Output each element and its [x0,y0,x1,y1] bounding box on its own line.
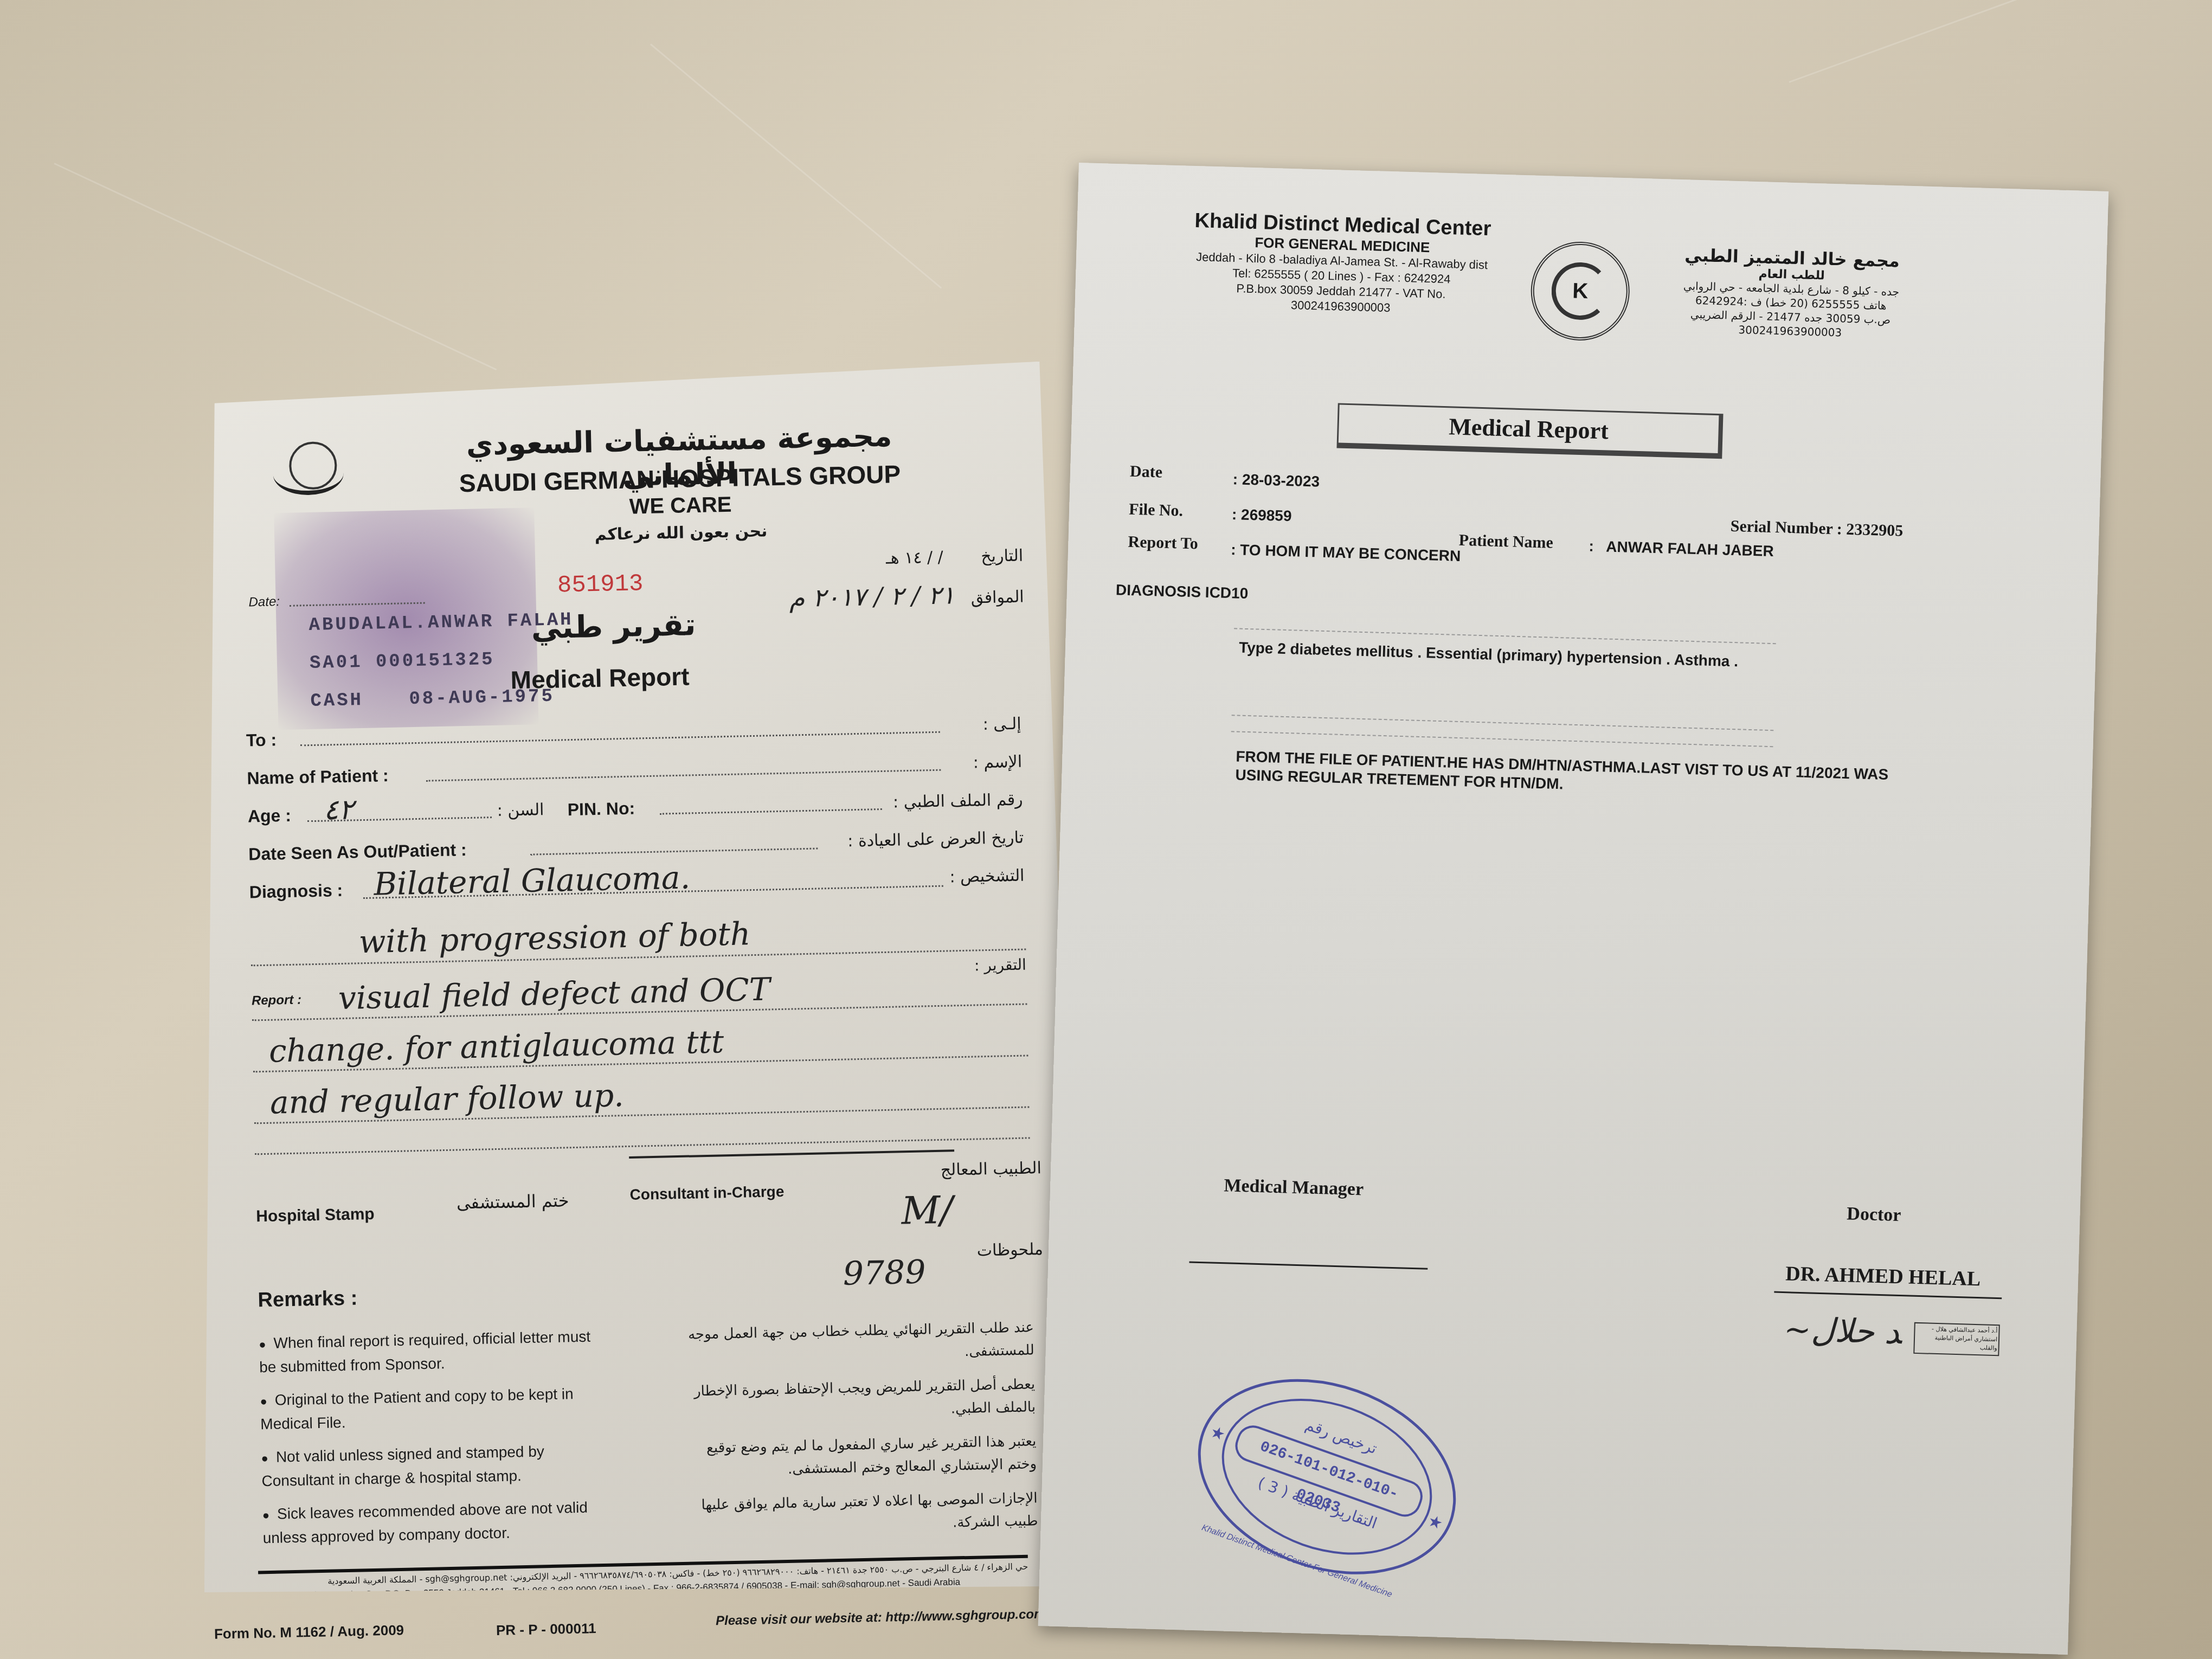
diagnosis-value: Type 2 diabetes mellitus . Essential (pr… [1239,639,1739,671]
stamp-payment: CASH [310,690,363,712]
hijri-date-label: التاريخ [981,546,1024,566]
doctor-name-stamp: أ.د أحمد عبدالشافي هلال - استشاري أمراض … [1913,1322,2000,1356]
remark-en: Sick leaves recommended above are not va… [262,1496,599,1560]
swoosh-icon [273,452,344,496]
remark-ar: عند طلب التقرير النهائي يطلب خطاب من جهة… [687,1316,1035,1380]
doctor-signature-line [1774,1291,2002,1300]
field-label-en: To : [246,730,277,750]
report-label-ar: التقرير : [974,956,1027,975]
consultant-label: Consultant in-Charge [629,1183,784,1204]
title-en: Medical Report [510,661,690,695]
title-ar: تقرير طبي [531,607,696,646]
stamp-number: 851913 [557,570,644,599]
khalid-logo: K [1529,240,1631,342]
background-vein [1789,0,2095,83]
field-age-label-ar: السن : [497,800,544,820]
field-pin-label-ar: رقم الملف الطبي : [893,790,1023,812]
remark-ar: الإجازات الموصى بها اعلاه لا تعتبر سارية… [690,1487,1038,1551]
field-line [530,848,818,856]
date-text: 28-03-2023 [1242,471,1320,490]
hijri-date-value: / / ١٤ هـ [886,548,943,568]
serial-label: Serial Number : [1730,517,1842,538]
remark-en: When final report is required, official … [259,1325,596,1389]
notes-label-ar: ملحوظات [976,1240,1043,1261]
remarks-list: When final report is required, official … [259,1316,1038,1560]
field-label-ar: تاريخ العرض على العيادة : [847,828,1024,851]
form-fields: To : إلـى : Name of Patient : الإسم : Ag… [246,715,1025,921]
field-label-ar: التشخيص : [949,866,1025,887]
saudi-german-medical-report: مجموعة مستشفيات السعودي الألماني SAUDI G… [179,361,1083,1604]
clinical-notes: FROM THE FILE OF PATIENT.HE HAS DM/HTN/A… [1235,748,1995,806]
khalid-medical-report: Khalid Distinct Medical Center FOR GENER… [1038,163,2109,1655]
consultant-label-ar: الطبيب المعالج [940,1159,1041,1180]
report-section: with progression of both Report : التقري… [250,910,1030,1165]
field-line [300,731,940,747]
stamp-date-label: Date: [248,594,280,610]
gregorian-date-value: ٢١ / ٢ / ٢٠١٧ م [789,580,955,613]
patient-value: : ANWAR FALAH JABER [1589,538,1774,561]
gregorian-date-label: الموافق [970,587,1024,607]
file-text: 269859 [1241,506,1292,525]
website-link[interactable]: Please visit our website at: http://www.… [716,1607,1046,1629]
hijri-date: التاريخ / / ١٤ هـ [886,546,1024,568]
report-label-en: Report : [252,993,302,1009]
field-label-en: Name of Patient : [247,766,389,788]
consultant-signature: M/ [901,1187,954,1233]
hospital-stamp-label-ar: ختم المستشفى [456,1190,569,1213]
handwritten-line: and regular follow up. [269,1077,624,1121]
patient-name: ANWAR FALAH JABER [1606,538,1774,560]
doctor-name: DR. AHMED HELAL [1785,1262,1981,1291]
remark-en: Original to the Patient and copy to be k… [260,1382,597,1446]
medical-manager-label: Medical Manager [1224,1175,1364,1200]
field-line [660,808,882,815]
doctor-label: Doctor [1847,1204,1901,1226]
background-vein [650,43,942,288]
signature-number: 9789 [843,1253,926,1293]
field-label-en: Date Seen As Out/Patient : [248,840,467,864]
serial-value: 2332905 [1846,520,1904,540]
hospital-stamp-label: Hospital Stamp [256,1205,375,1226]
doctor-signature: ~ﺪ ﺣﻼل [1783,1310,1902,1352]
date-label: Date [1130,462,1163,482]
report-to-label: Report To [1128,533,1198,554]
field-label-en: Age : [248,806,292,826]
file-value: : 269859 [1232,506,1292,525]
report-title: Medical Report [1336,403,1723,459]
patient-label: Patient Name [1458,531,1553,552]
header-ar: مجمع خالد المتميز الطبي للطب العام جده -… [1660,244,1922,342]
field-label-en: Diagnosis : [249,880,343,902]
remarks-title: Remarks : [258,1287,358,1312]
manager-signature-line [1189,1261,1427,1269]
report-to-value: : TO HOM IT MAY BE CONCERN [1231,541,1461,565]
notes-box-top [1231,731,1773,747]
stamp-patient-id: SA01 000151325 [310,650,495,674]
diagnosis-box-bottom [1232,715,1774,731]
form-number: Form No. M 1162 / Aug. 2009 [214,1622,404,1642]
sgh-logo [272,441,349,502]
field-label-ar: إلـى : [982,715,1021,734]
pr-number: PR - P - 000011 [496,1620,596,1639]
remark-ar: يعطى أصل التقرير للمريض ويجب الإحتفاظ بص… [688,1373,1036,1437]
report-to-text: TO HOM IT MAY BE CONCERN [1240,542,1461,564]
field-pin-label: PIN. No: [567,799,635,820]
file-label: File No. [1129,500,1184,520]
field-label-ar: الإسم : [973,753,1023,773]
serial-number: Serial Number : 2332905 [1730,517,1903,541]
crown-k-icon: K [1551,261,1610,320]
field-line [426,769,941,782]
gregorian-date: الموافق ٢١ / ٢ / ٢٠١٧ م [789,578,1024,613]
handwritten-line: with progression of both [358,915,751,960]
date-value: : 28-03-2023 [1232,471,1320,490]
diagnosis-label: DIAGNOSIS ICD10 [1116,581,1249,602]
header-en: Khalid Distinct Medical Center FOR GENER… [1156,208,1528,319]
remark-ar: يعتبر هذا التقرير غير ساري المفعول ما لم… [689,1430,1037,1494]
remark-en: Not valid unless signed and stamped by C… [261,1439,598,1503]
background-vein [54,163,497,370]
center-seal: ترخيص رقم 026-101-012-010-02033 التقارير… [1171,1345,1483,1608]
